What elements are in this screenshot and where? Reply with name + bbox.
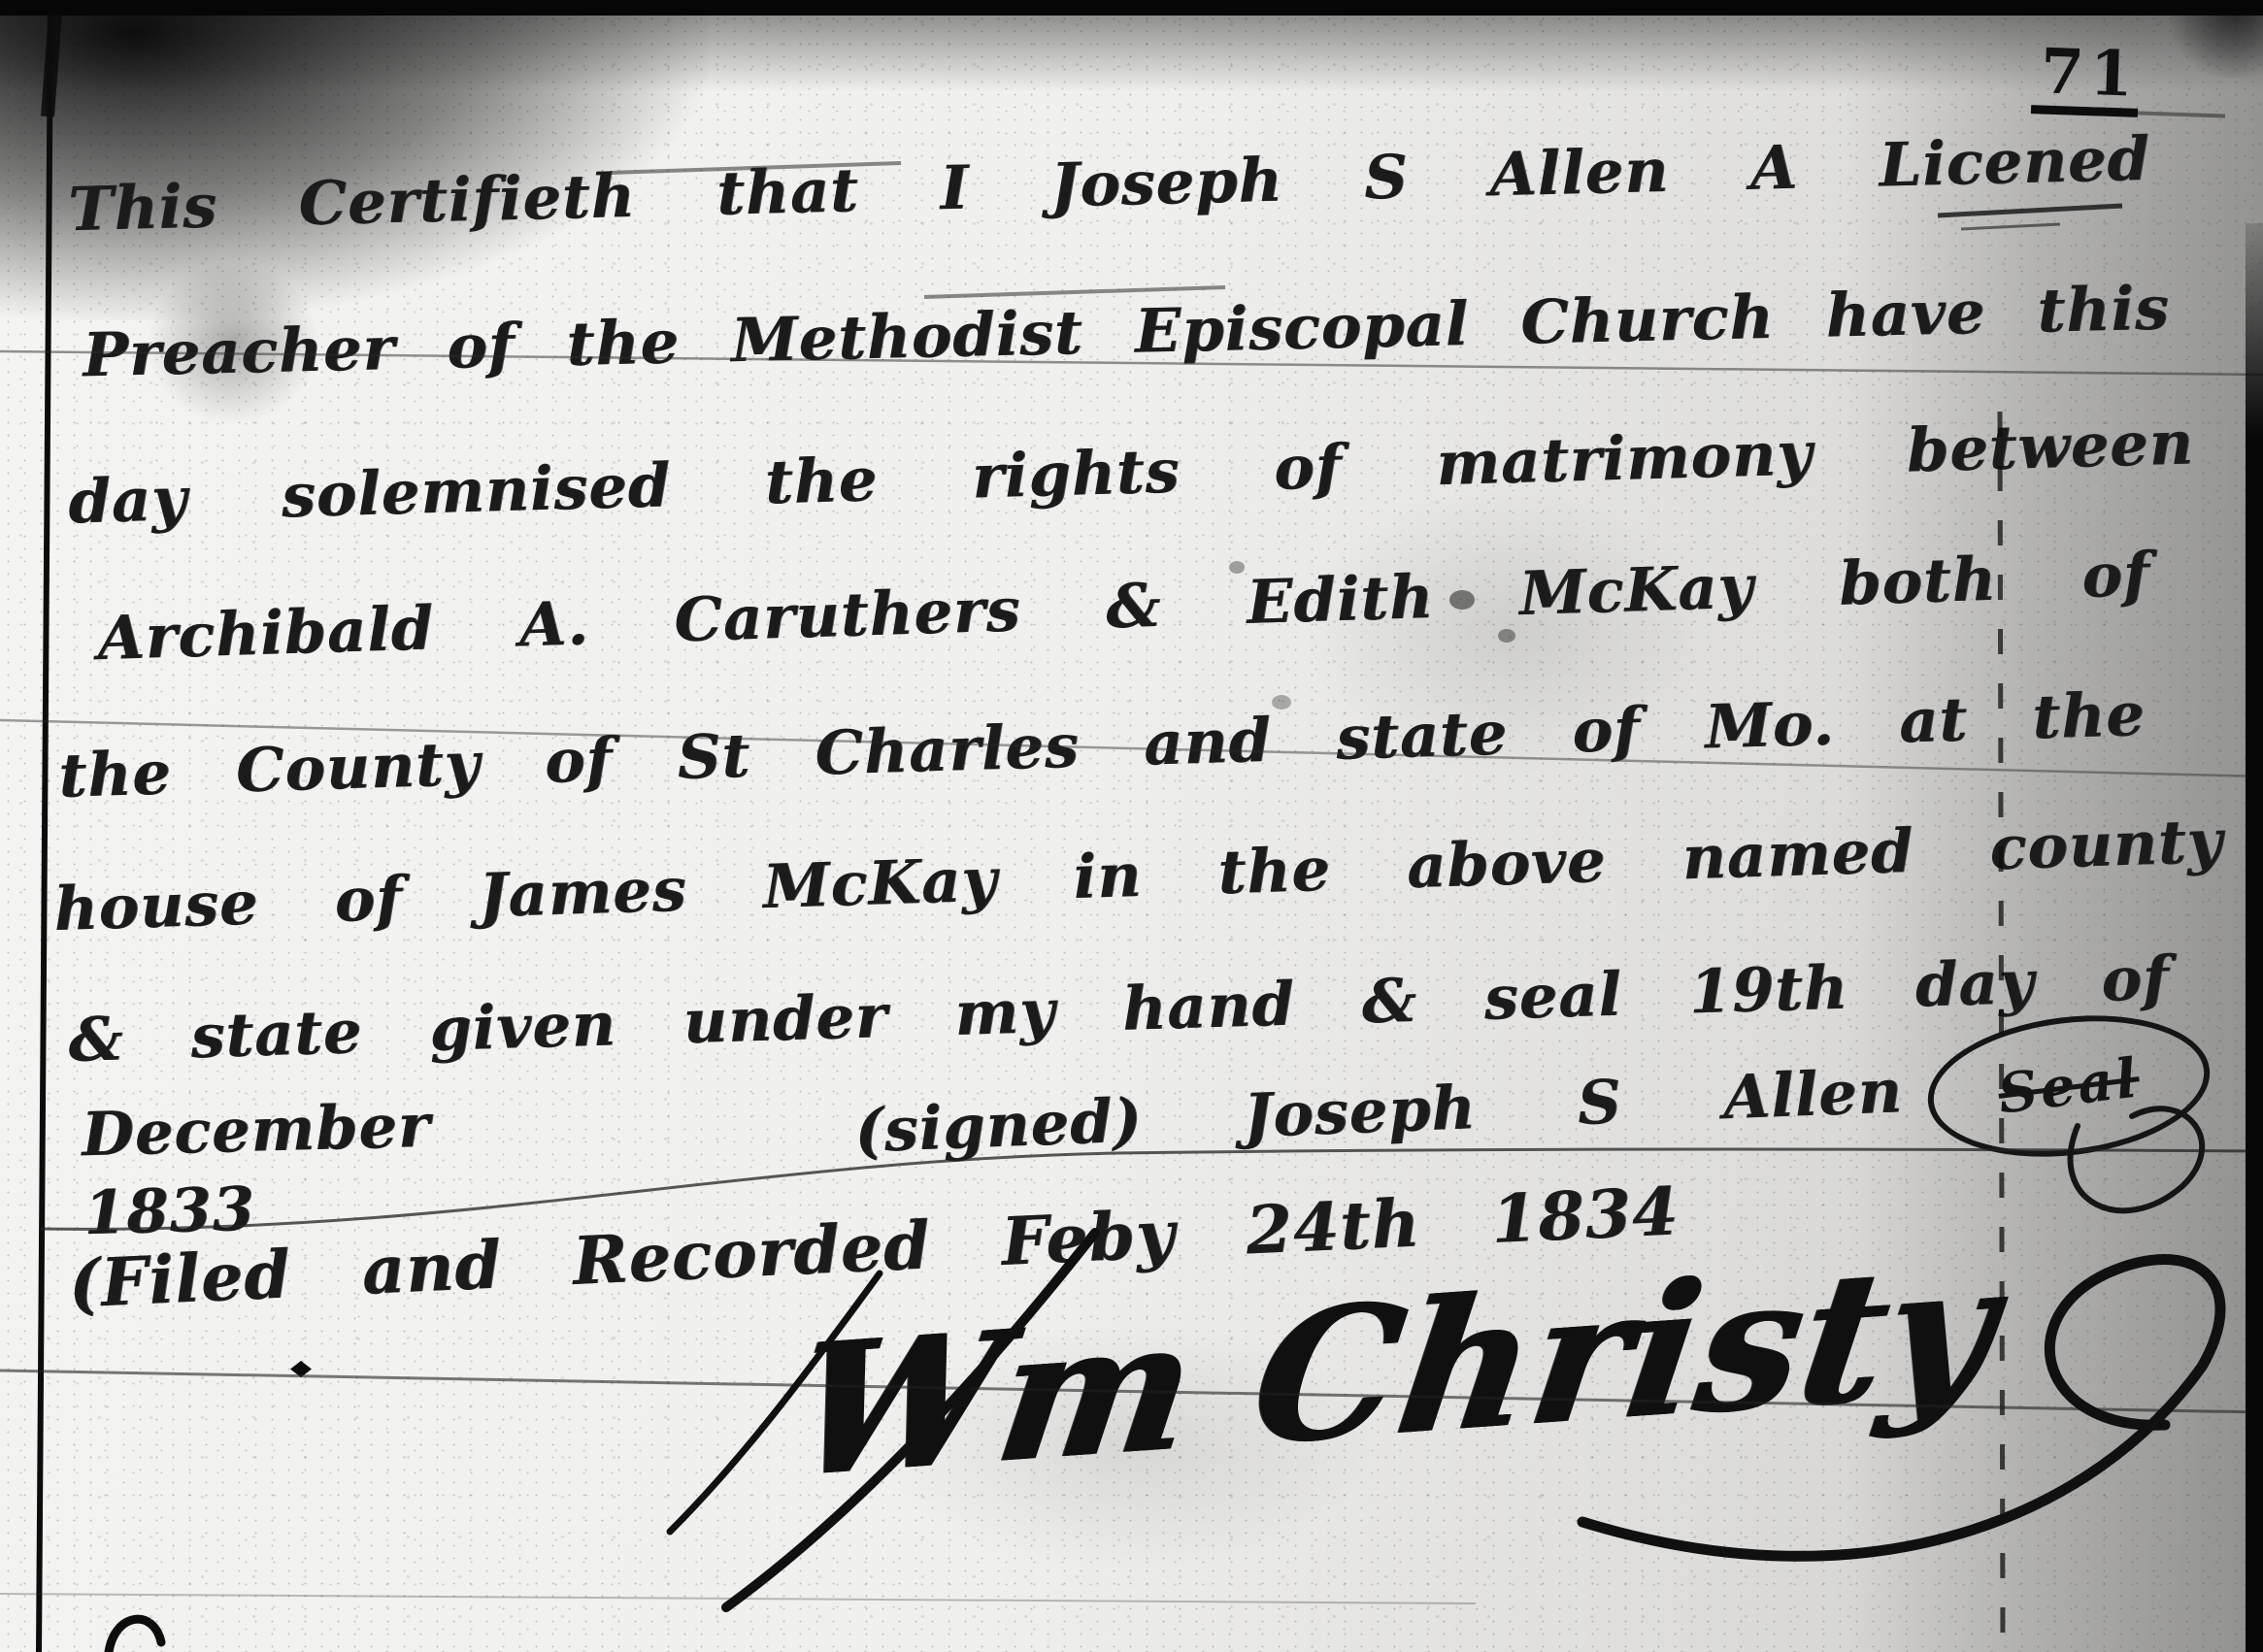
handwritten-line-1: This Certifieth that I Joseph S Allen A … [67,120,2150,249]
seal-text: Seal [1995,1050,2142,1121]
top-right-dark-smudge [2170,0,2263,78]
handwritten-line-8-signature: (signed) Joseph S Allen [853,1052,1904,1171]
scan-right-edge [2246,223,2263,1652]
handwritten-line-5: the County of St Charles and state of Mo… [57,676,2146,815]
handwritten-line-2: Preacher of the Methodist Episcopal Chur… [82,270,2170,395]
scan-top-edge [0,0,2263,16]
handwritten-line-6: house of James McKay in the above named … [52,803,2223,949]
seal-scribble: Seal [1919,1001,2217,1173]
ink-blot-diamond [290,1361,312,1377]
page-number-underline-faint [2136,111,2225,117]
page-number: 71 [2040,41,2140,106]
handwritten-line-3: day solemnised the rights of matrimony b… [67,404,2194,542]
scanned-document-page: 71 This Certifieth that I Joseph S Allen… [0,0,2263,1652]
handwritten-line-4: Archibald A. Caruthers & Edith McKay bot… [96,536,2150,678]
top-shadow-fade [0,0,2263,92]
